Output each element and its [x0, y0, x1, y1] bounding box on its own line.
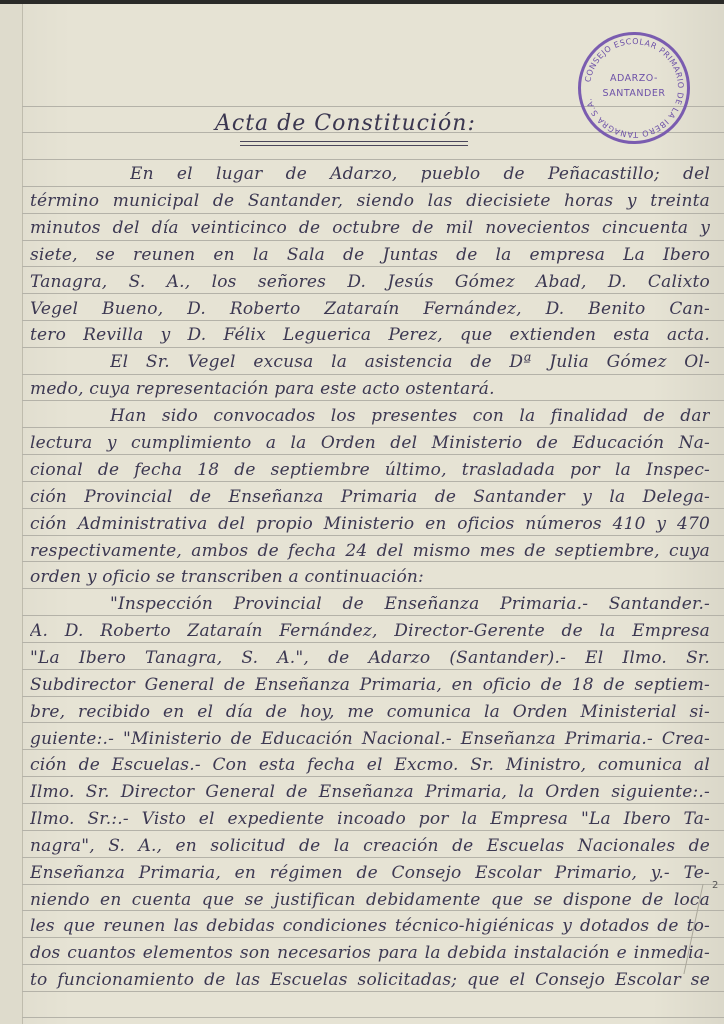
text-line: to funcionamiento de las Escuelas solici… [30, 970, 710, 990]
text-line: El Sr. Vegel excusa la asistencia de Dª … [110, 352, 710, 372]
text-line: Vegel Bueno, D. Roberto Zataraín Fernánd… [30, 299, 710, 319]
ruled-line [22, 293, 724, 294]
text-line: "Inspección Provincial de Enseñanza Prim… [110, 594, 710, 614]
text-line: bre, recibido en el día de hoy, me comun… [30, 702, 710, 722]
ruled-line [22, 803, 724, 804]
document-page: CONSEJO ESCOLAR PRIMARIO DE LA IBERO TAN… [0, 4, 724, 1024]
text-line: orden y oficio se transcriben a continua… [30, 567, 710, 587]
ruled-line [22, 481, 724, 482]
text-line: medo, cuya representación para este acto… [30, 379, 710, 399]
ruled-line [22, 776, 724, 777]
ruled-line [22, 454, 724, 455]
ruled-line [22, 240, 724, 241]
text-line: ción Administrativa del propio Ministeri… [30, 514, 710, 534]
text-line: tero Revilla y D. Félix Leguerica Perez,… [30, 325, 710, 345]
text-line: Tanagra, S. A., los señores D. Jesús Góm… [30, 272, 710, 292]
text-line: Enseñanza Primaria, en régimen de Consej… [30, 863, 710, 883]
ruled-line [22, 857, 724, 858]
text-line: les que reunen las debidas condiciones t… [30, 916, 710, 936]
ruled-line [22, 374, 724, 375]
text-line: A. D. Roberto Zataraín Fernández, Direct… [30, 621, 710, 641]
ruled-line [22, 642, 724, 643]
binding-margin [0, 4, 23, 1024]
text-line: Ilmo. Sr.:.- Visto el expediente incoado… [30, 809, 710, 829]
text-line: siete, se reunen en la Sala de Juntas de… [30, 245, 710, 265]
ruled-line [22, 696, 724, 697]
ruled-line [22, 615, 724, 616]
text-line: dos cuantos elementos son necesarios par… [30, 943, 710, 963]
document-title: Acta de Constitución: [215, 111, 476, 136]
text-line: minutos del día veinticinco de octubre d… [30, 218, 710, 238]
ruled-line [22, 213, 724, 214]
stamp-location-line-1: ADARZO- [581, 71, 687, 86]
text-line: lectura y cumplimiento a la Orden del Mi… [30, 433, 710, 453]
text-line: ción Provincial de Enseñanza Primaria de… [30, 487, 710, 507]
ruled-line [22, 347, 724, 348]
official-stamp: CONSEJO ESCOLAR PRIMARIO DE LA IBERO TAN… [578, 32, 690, 144]
text-line: Ilmo. Sr. Director General de Enseñanza … [30, 782, 710, 802]
ruled-line [22, 964, 724, 965]
text-line: término municipal de Santander, siendo l… [30, 191, 710, 211]
ruled-line [22, 884, 724, 885]
ruled-line [22, 535, 724, 536]
text-line: ción de Escuelas.- Con esta fecha el Exc… [30, 755, 710, 775]
ruled-line [22, 508, 724, 509]
stamp-location-line-2: SANTANDER [581, 86, 687, 101]
title-underline [240, 141, 468, 146]
ruled-line [22, 561, 724, 562]
text-line: En el lugar de Adarzo, pueblo de Peñacas… [130, 164, 710, 184]
ruled-line [22, 320, 724, 321]
ruled-line [22, 749, 724, 750]
stamp-center-text: ADARZO- SANTANDER [581, 71, 687, 101]
ruled-line [22, 910, 724, 911]
text-line: Han sido convocados los presentes con la… [110, 406, 710, 426]
text-line: Subdirector General de Enseñanza Primari… [30, 675, 710, 695]
ruled-line [22, 159, 724, 160]
ruled-line [22, 722, 724, 723]
text-line: nagra", S. A., en solicitud de la creaci… [30, 836, 710, 856]
ruled-line [22, 186, 724, 187]
ruled-line [22, 427, 724, 428]
text-line: cional de fecha 18 de septiembre último,… [30, 460, 710, 480]
page-number: 2 [712, 880, 718, 891]
ruled-line [22, 830, 724, 831]
ruled-line [22, 669, 724, 670]
ruled-line [22, 588, 724, 589]
ruled-line [22, 991, 724, 992]
text-line: niendo en cuenta que se justifican debid… [30, 890, 710, 910]
ruled-line [22, 266, 724, 267]
ruled-line [22, 937, 724, 938]
text-line: guiente:.- "Ministerio de Educación Naci… [30, 729, 710, 749]
text-line: respectivamente, ambos de fecha 24 del m… [30, 541, 710, 561]
text-line: "La Ibero Tanagra, S. A.", de Adarzo (Sa… [30, 648, 710, 668]
ruled-line [22, 400, 724, 401]
ruled-line [22, 1017, 724, 1018]
